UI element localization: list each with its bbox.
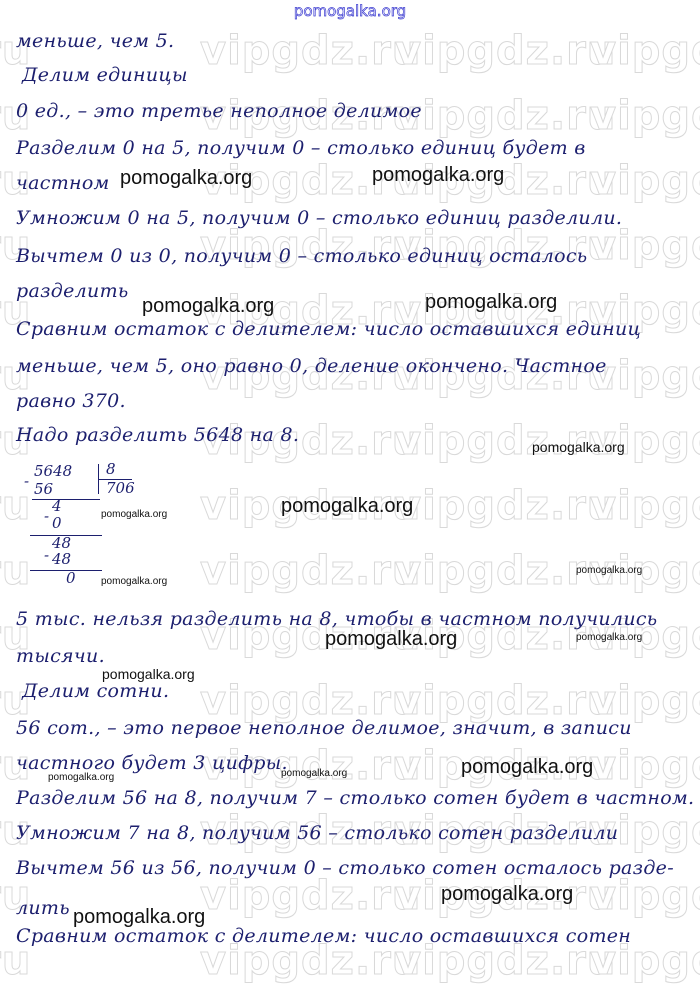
long-division: 5648 8 706 - 56 4 - 0 48 - 48 0 [30,462,150,587]
text-line: 5 тыс. нельзя разделить на 8, чтобы в ча… [16,608,657,630]
text-line: Разделим 56 на 8, получим 7 – столько со… [16,787,694,809]
text-line: Вычтем 0 из 0, получим 0 – столько едини… [16,245,587,267]
text-line: тысячи. [16,645,105,667]
site-watermark-header: pomogalka.org [0,2,700,20]
step: 0 [66,569,76,587]
text-line: меньше, чем 5. [16,30,174,52]
step: 0 [52,514,62,532]
text-line: разделить [16,280,129,302]
overlay-watermark: pomogalka.org [102,666,195,682]
text-line: лить [16,897,70,919]
handwritten-solution: меньше, чем 5. Делим единицы 0 ед., – эт… [0,0,700,987]
step: 56 [34,480,53,498]
text-line: равно 370. [16,390,126,412]
overlay-watermark: pomogalka.org [142,295,274,318]
text-line: Сравним остаток с делителем: число остав… [16,318,641,340]
step: 48 [52,550,71,568]
text-line: частного будет 3 цифры. [16,752,288,774]
overlay-watermark: pomogalka.org [73,906,205,929]
text-line: Умножим 0 на 5, получим 0 – столько един… [16,207,622,229]
overlay-watermark: pomogalka.org [441,883,573,906]
text-line: Делим сотни. [22,680,169,702]
dividend: 5648 [34,462,72,480]
minus-sign: - [24,472,29,490]
text-line: Разделим 0 на 5, получим 0 – столько еди… [16,137,586,159]
overlay-watermark: pomogalka.org [281,768,347,779]
text-line: Делим единицы [22,64,188,86]
overlay-watermark: pomogalka.org [101,509,167,520]
quotient: 706 [106,479,135,497]
overlay-watermark: pomogalka.org [101,576,167,587]
overlay-watermark: pomogalka.org [372,164,504,187]
minus-sign: - [44,546,49,564]
text-line: 0 ед., – это третье неполное делимое [16,100,422,122]
overlay-watermark: pomogalka.org [325,628,457,651]
overlay-watermark: pomogalka.org [425,291,557,314]
minus-sign: - [44,507,49,525]
text-line: Вычтем 56 из 56, получим 0 – столько сот… [16,857,674,879]
overlay-watermark: pomogalka.org [461,756,593,779]
overlay-watermark: pomogalka.org [532,439,625,455]
text-line: 56 сот., – это первое неполное делимое, … [16,717,632,739]
divisor: 8 [106,460,116,478]
step: 4 [52,497,62,515]
text-line: Надо разделить 5648 на 8. [16,424,299,446]
overlay-watermark: pomogalka.org [576,632,642,643]
overlay-watermark: pomogalka.org [48,772,114,783]
overlay-watermark: pomogalka.org [576,565,642,576]
text-line: меньше, чем 5, оно равно 0, деление окон… [16,355,607,377]
text-line: частном [16,172,110,194]
overlay-watermark: pomogalka.org [281,495,413,518]
overlay-watermark: pomogalka.org [120,167,252,190]
text-line: Умножим 7 на 8, получим 56 – столько сот… [16,822,618,844]
